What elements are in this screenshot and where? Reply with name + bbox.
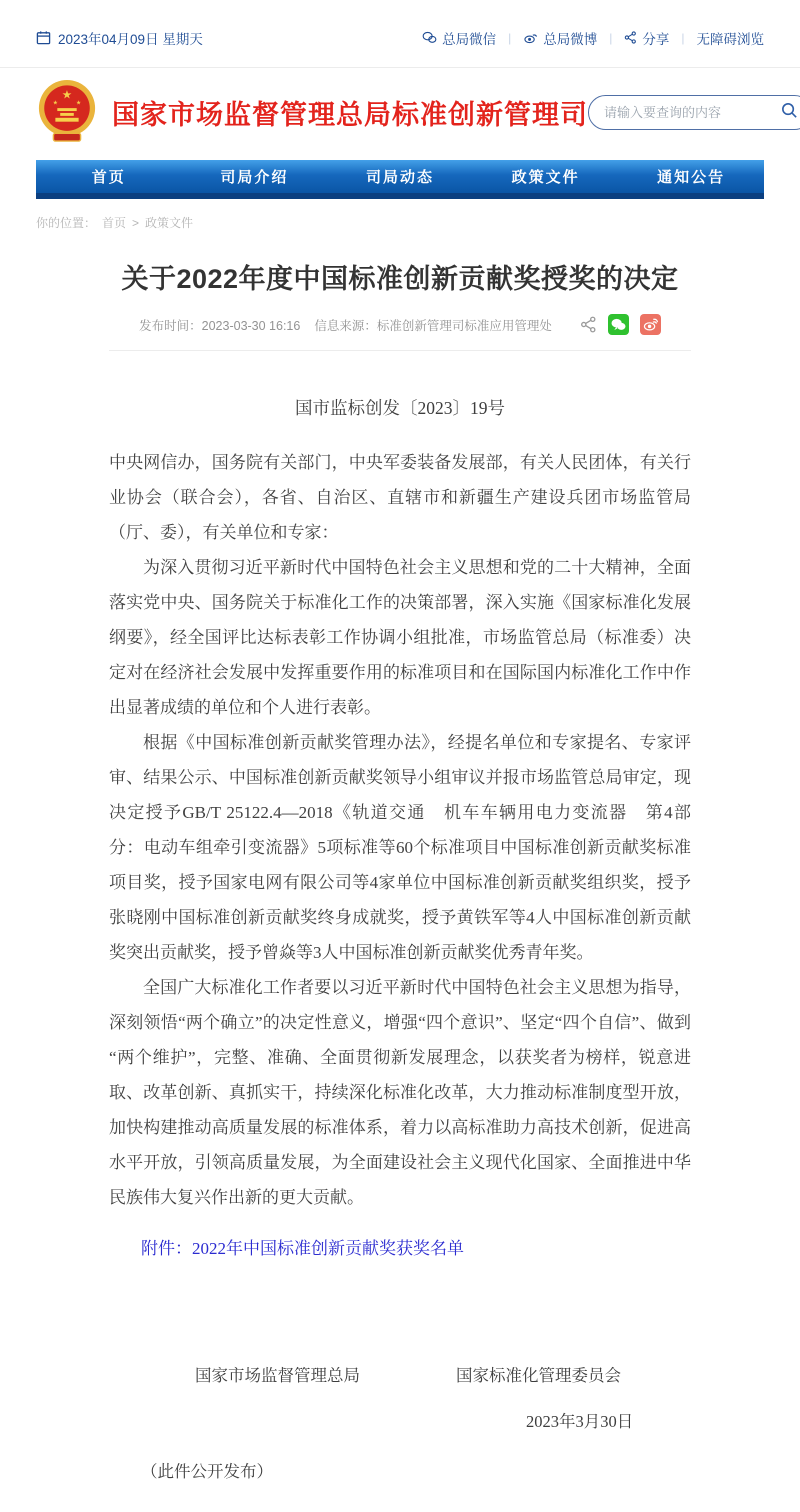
meta-divider	[109, 350, 691, 351]
nav-wrap: 首页司局介绍司局动态政策文件通知公告	[36, 160, 764, 199]
topbar-link-share[interactable]: 分享	[624, 28, 669, 48]
topbar-links: 总局微信|总局微博|分享|无障碍浏览	[422, 28, 764, 48]
article: 关于2022年度中国标准创新贡献奖授奖的决定 发布时间：2023-03-30 1…	[109, 257, 691, 1512]
article-paragraph-4: 全国广大标准化工作者要以习近平新时代中国特色社会主义思想为指导，深刻领悟“两个确…	[109, 970, 691, 1215]
svg-text:★: ★	[62, 87, 72, 101]
site-title: 国家市场监督管理总局标准创新管理司	[112, 93, 588, 132]
current-date: 2023年04月09日 星期天	[36, 28, 203, 48]
info-source: 信息来源：标准创新管理司标准应用管理处	[314, 316, 552, 334]
breadcrumb: 你的位置： 首页 > 政策文件	[36, 214, 764, 231]
topbar-link-wechat[interactable]: 总局微信	[422, 28, 496, 48]
document-number: 国市监标创发〔2023〕19号	[109, 395, 691, 420]
search-icon	[780, 101, 799, 123]
topbar: 2023年04月09日 星期天 总局微信|总局微博|分享|无障碍浏览	[0, 0, 800, 68]
site-header: ★ ★ ★ 国家市场监督管理总局标准创新管理司	[0, 68, 800, 156]
share-icons	[580, 314, 661, 335]
topbar-separator: |	[508, 31, 511, 45]
publish-time: 发布时间：2023-03-30 16:16	[139, 316, 300, 334]
attachment-link[interactable]: 附件：2022年中国标准创新贡献奖获奖名单	[141, 1239, 464, 1258]
nav-item-0[interactable]: 首页	[36, 160, 182, 193]
breadcrumb-home-link[interactable]: 首页	[102, 214, 126, 231]
search-button[interactable]	[780, 101, 799, 123]
search-box	[588, 95, 800, 130]
wechat-share-icon[interactable]	[608, 314, 629, 335]
breadcrumb-separator: >	[132, 216, 139, 230]
calendar-icon	[36, 30, 51, 45]
signature-org-2: 国家标准化管理委员会	[456, 1362, 633, 1386]
attachment-line: 附件：2022年中国标准创新贡献奖获奖名单	[109, 1231, 691, 1266]
share-icon	[624, 31, 637, 44]
topbar-link-accessibility[interactable]: 无障碍浏览	[697, 28, 765, 48]
nav-item-3[interactable]: 政策文件	[473, 160, 619, 193]
signature-org-1: 国家市场监督管理总局	[195, 1362, 360, 1386]
topbar-separator: |	[609, 31, 612, 45]
article-paragraph-1: 中央网信办，国务院有关部门，中央军委装备发展部，有关人民团体，有关行业协会（联合…	[109, 445, 691, 550]
svg-text:★: ★	[53, 99, 58, 106]
weibo-share-icon[interactable]	[640, 314, 661, 335]
weibo-icon	[523, 31, 538, 44]
svg-text:★: ★	[76, 99, 81, 106]
nav-item-1[interactable]: 司局介绍	[182, 160, 328, 193]
nav-item-2[interactable]: 司局动态	[327, 160, 473, 193]
signature-date: 2023年3月30日	[526, 1408, 633, 1432]
topbar-link-label: 无障碍浏览	[697, 28, 765, 48]
topbar-link-weibo[interactable]: 总局微博	[523, 28, 597, 48]
nav-item-4[interactable]: 通知公告	[618, 160, 764, 193]
wechat-icon	[422, 31, 437, 44]
main-nav: 首页司局介绍司局动态政策文件通知公告	[36, 160, 764, 193]
public-release-note: （此件公开发布）	[109, 1458, 691, 1512]
search-input[interactable]	[604, 105, 780, 120]
article-paragraph-2: 为深入贯彻习近平新时代中国特色社会主义思想和党的二十大精神，全面落实党中央、国务…	[109, 550, 691, 725]
nav-strip	[36, 193, 764, 199]
topbar-separator: |	[681, 31, 684, 45]
article-body: 中央网信办，国务院有关部门，中央军委装备发展部，有关人民团体，有关行业协会（联合…	[109, 445, 691, 1215]
article-meta: 发布时间：2023-03-30 16:16 信息来源：标准创新管理司标准应用管理…	[109, 314, 691, 335]
breadcrumb-current[interactable]: 政策文件	[145, 214, 193, 231]
topbar-link-label: 总局微信	[442, 28, 496, 48]
topbar-link-label: 分享	[642, 28, 669, 48]
national-emblem-logo: ★ ★ ★	[36, 79, 98, 145]
share-icon[interactable]	[580, 316, 597, 333]
topbar-link-label: 总局微博	[543, 28, 597, 48]
breadcrumb-label: 你的位置：	[36, 214, 96, 231]
date-text: 2023年04月09日 星期天	[58, 28, 203, 48]
signature-block: 国家市场监督管理总局 国家标准化管理委员会 2023年3月30日 （此件公开发布…	[109, 1362, 691, 1512]
article-title: 关于2022年度中国标准创新贡献奖授奖的决定	[109, 257, 691, 296]
article-paragraph-3: 根据《中国标准创新贡献奖管理办法》，经提名单位和专家提名、专家评审、结果公示、中…	[109, 725, 691, 970]
